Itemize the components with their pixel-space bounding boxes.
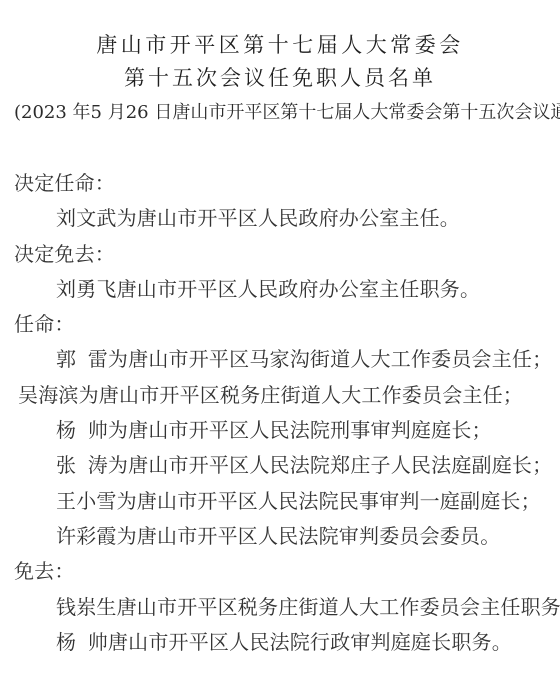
text-line: 任命：: [14, 308, 546, 343]
text-line: 杨 帅为唐山市开平区人民法院刑事审判庭庭长；: [14, 414, 546, 449]
document-page: 唐山市开平区第十七届人大常委会 第十五次会议任免职人员名单 (2023 年5 月…: [0, 0, 560, 674]
doc-title-line-2: 第十五次会议任免职人员名单: [14, 65, 546, 91]
text-line: 钱岽生唐山市开平区税务庄街道人大工作委员会主任职务；: [14, 591, 546, 626]
text-line: 许彩霞为唐山市开平区人民法院审判委员会委员。: [14, 520, 546, 555]
text-line: 决定免去：: [14, 238, 546, 273]
text-line: 免去：: [14, 555, 546, 590]
text-line: 刘文武为唐山市开平区人民政府办公室主任。: [14, 202, 546, 237]
document-body: 决定任命：刘文武为唐山市开平区人民政府办公室主任。决定免去：刘勇飞唐山市开平区人…: [14, 167, 546, 661]
text-line: 吴海滨为唐山市开平区税务庄街道人大工作委员会主任；: [14, 379, 546, 414]
text-line: 刘勇飞唐山市开平区人民政府办公室主任职务。: [14, 273, 546, 308]
text-line: 郭 雷为唐山市开平区马家沟街道人大工作委员会主任；: [14, 343, 546, 378]
doc-date-line: (2023 年5 月26 日唐山市开平区第十七届人大常委会第十五次会议通过): [14, 101, 546, 125]
text-line: 杨 帅唐山市开平区人民法院行政审判庭庭长职务。: [14, 626, 546, 661]
text-line: 张 涛为唐山市开平区人民法院郑庄子人民法庭副庭长；: [14, 449, 546, 484]
doc-title-line-1: 唐山市开平区第十七届人大常委会: [14, 32, 546, 58]
text-line: 王小雪为唐山市开平区人民法院民事审判一庭副庭长；: [14, 485, 546, 520]
text-line: 决定任命：: [14, 167, 546, 202]
